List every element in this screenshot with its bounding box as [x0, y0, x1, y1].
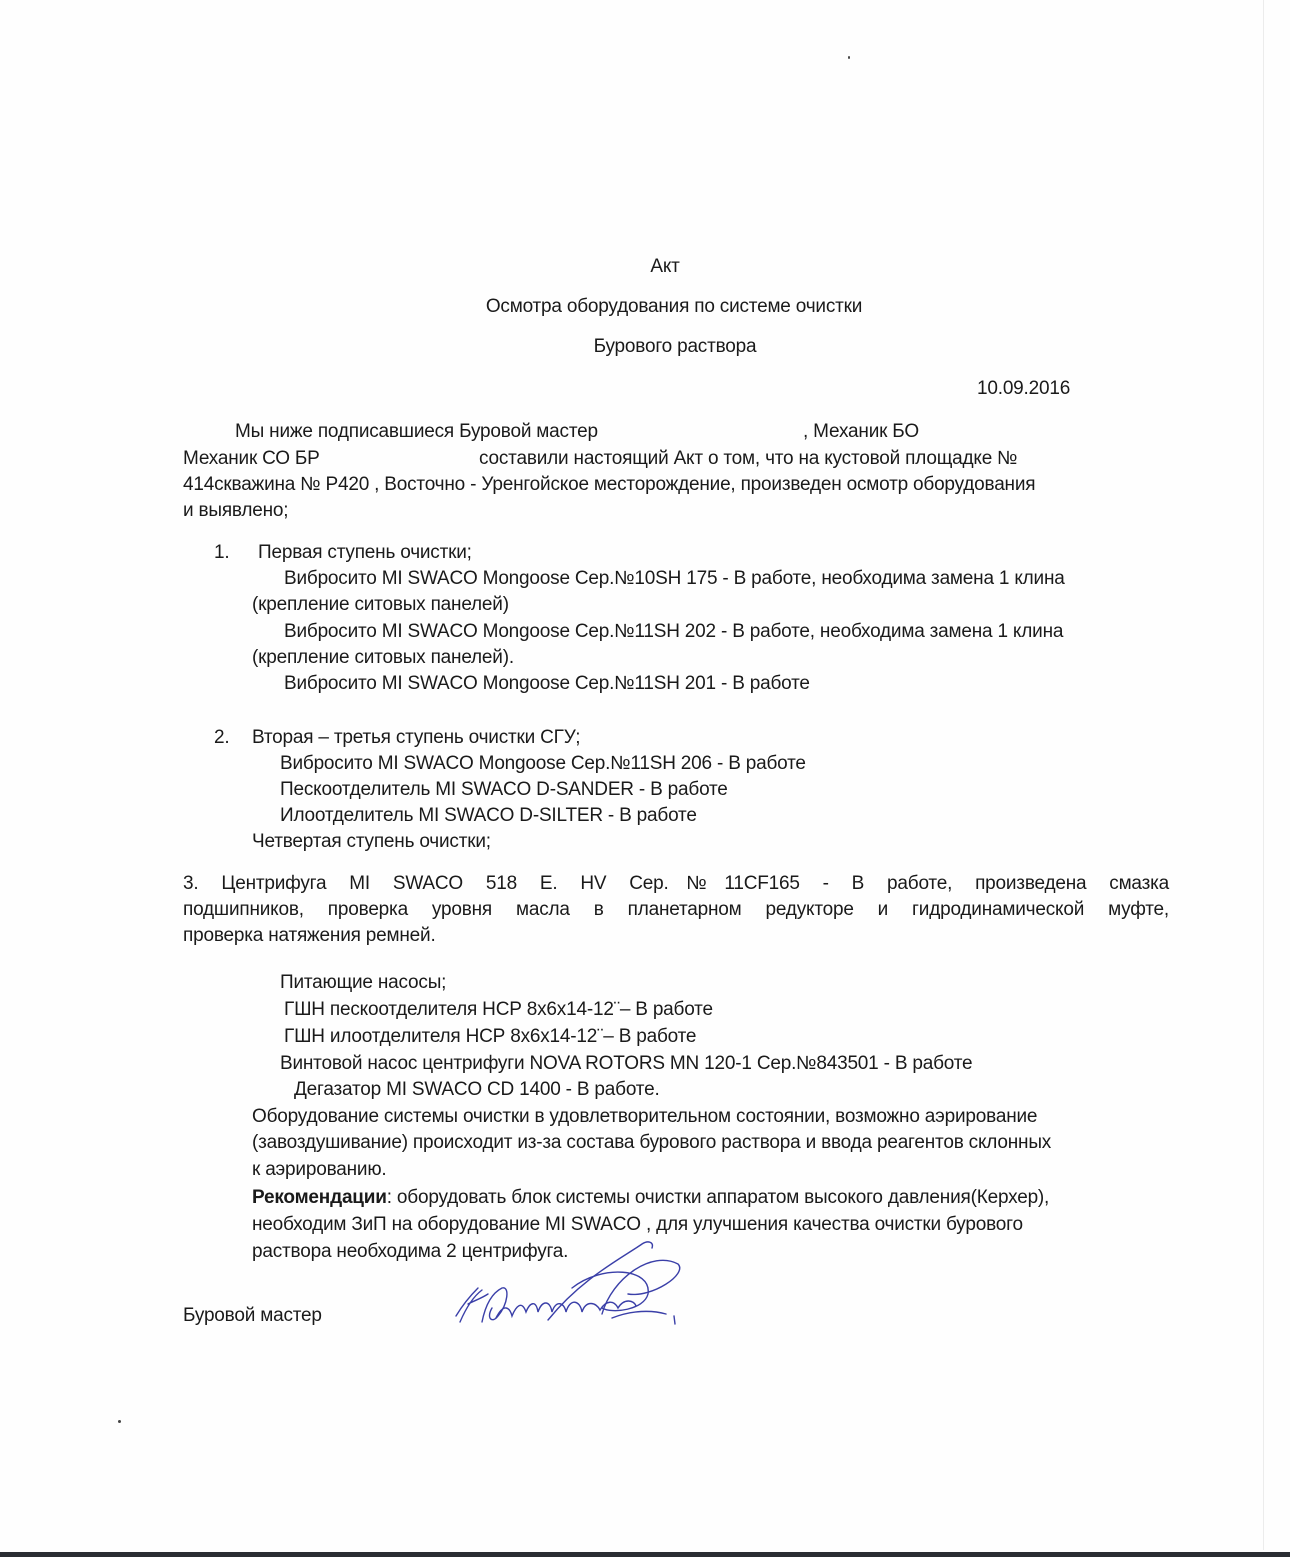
section-1-number: 1. — [214, 540, 229, 566]
recommendations-text: : оборудовать блок системы очистки аппар… — [387, 1187, 1049, 1208]
section-2-item-3: Илоотделитель MI SWACO D-SILTER - В рабо… — [280, 803, 697, 829]
conclusion-line-1: Оборудование системы очистки в удовлетво… — [252, 1104, 1037, 1130]
section-3-line-2: подшипников, проверка уровня масла в пла… — [183, 897, 1169, 923]
scan-edge-bottom — [0, 1552, 1290, 1557]
section-1-item-1-cont: (крепление ситовых панелей) — [252, 592, 509, 618]
conclusion-line-3: к аэрированию. — [252, 1157, 386, 1183]
intro-line-3: 414скважина № Р420 , Восточно - Уренгойс… — [183, 472, 1035, 498]
intro-line-1b: , Механик БО — [803, 419, 919, 445]
section-1-item-3: Вибросито MI SWACO Mongoose Сер.№11SH 20… — [284, 671, 810, 697]
section-2-heading: Вторая – третья ступень очистки СГУ; — [252, 725, 580, 751]
pump-item-2: ГШН илоотделителя НСР 8х6х14-12¨– В рабо… — [284, 1024, 696, 1050]
pump-item-4: Дегазатор MI SWACO CD 1400 - В работе. — [294, 1077, 660, 1103]
recommendations-line-2: необходим ЗиП на оборудование MI SWACO ,… — [252, 1212, 1023, 1238]
section-3-line-3: проверка натяжения ремней. — [183, 923, 436, 949]
document-date: 10.09.2016 — [977, 376, 1070, 402]
scanned-page: Акт Осмотра оборудования по системе очис… — [0, 0, 1290, 1557]
signature-role: Буровой мастер — [183, 1303, 322, 1329]
intro-line-2b: составили настоящий Акт о том, что на ку… — [479, 446, 1017, 472]
document-subtitle-2: Бурового раствора — [0, 334, 1290, 360]
document-title: Акт — [0, 254, 1290, 280]
section-2-item-1-visible: Вибросито MI SWACO Mongoose Сер.№11SH 20… — [280, 751, 806, 777]
document-subtitle: Осмотра оборудования по системе очистки — [0, 294, 1290, 320]
recommendations-label: Рекомендации — [252, 1187, 387, 1208]
section-1-item-2-cont: (крепление ситовых панелей). — [252, 645, 514, 671]
pump-item-1: ГШН пескоотделителя НСР 8х6х14-12¨– В ра… — [284, 997, 713, 1023]
scan-speck — [848, 56, 850, 59]
pump-item-3: Винтовой насос центрифуги NOVA ROTORS MN… — [280, 1051, 972, 1077]
intro-line-4: и выявлено; — [183, 498, 288, 524]
section-1-item-1: Вибросито MI SWACO Mongoose Сер.№10SH 17… — [284, 566, 1065, 592]
section-2-trailing: Четвертая ступень очистки; — [252, 829, 491, 855]
signature-icon — [452, 1238, 692, 1328]
pumps-heading: Питающие насосы; — [280, 970, 446, 996]
intro-line-1a: Мы ниже подписавшиеся Буровой мастер — [235, 419, 598, 445]
recommendations-line-1: Рекомендации: оборудовать блок системы о… — [252, 1185, 1049, 1211]
section-1-heading: Первая ступень очистки; — [258, 540, 472, 566]
intro-line-2a: Механик СО БР — [183, 446, 320, 472]
section-1-item-2: Вибросито MI SWACO Mongoose Сер.№11SH 20… — [284, 619, 1063, 645]
conclusion-line-2: (завоздушивание) происходит из-за состав… — [252, 1130, 1051, 1156]
section-2-item-2: Пескоотделитель MI SWACO D-SANDER - В ра… — [280, 777, 728, 803]
section-3-line-1: 3. Центрифуга MI SWACO 518 E. HV Сер.№11… — [183, 871, 1169, 897]
scan-speck — [118, 1420, 121, 1423]
section-2-number: 2. — [214, 725, 229, 751]
scan-edge-right — [1263, 0, 1264, 1550]
